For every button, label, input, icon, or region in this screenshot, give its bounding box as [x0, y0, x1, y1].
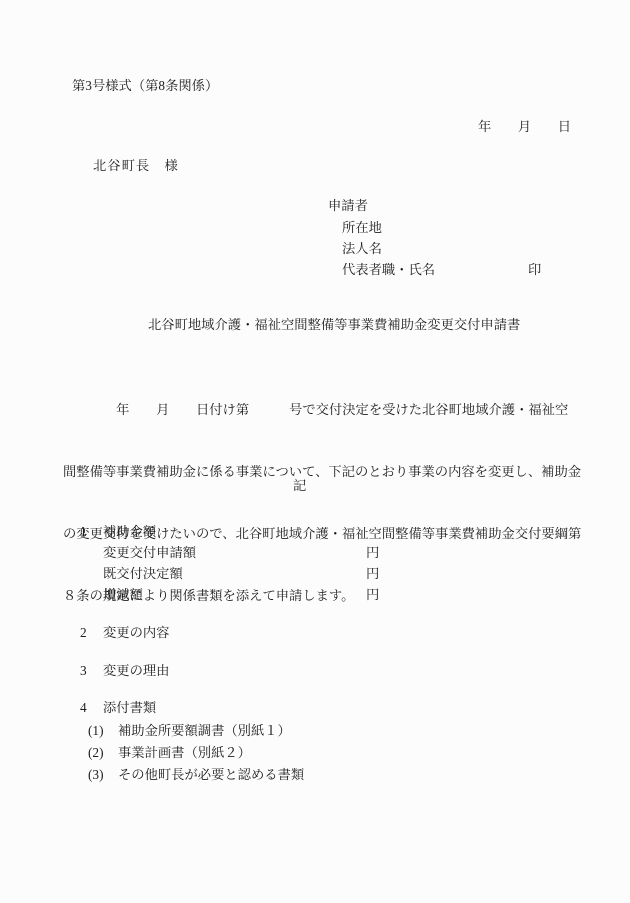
attachment-2-label: 事業計画書（別紙２）	[118, 746, 251, 761]
section-2-title: 変更の内容	[103, 626, 169, 641]
applicant-representative-label: 代表者職・氏名	[342, 263, 435, 278]
applicant-label: 申請者	[328, 199, 368, 214]
section-3-title: 変更の理由	[103, 664, 169, 679]
document-page: 第3号様式（第8条関係） 年 月 日 北谷町長 様 申請者 所在地 法人名 代表…	[0, 0, 630, 903]
attachment-3-number: (3)	[88, 768, 104, 783]
body-line: 間整備等事業費補助金に係る事業について、下記のとおり事業の内容を変更し、補助金	[63, 462, 571, 483]
section-1-title: 補助金額	[103, 525, 156, 540]
body-line: 年 月 日付け第 号で交付決定を受けた北谷町地域介護・福祉空	[63, 400, 571, 421]
seal-mark: 印	[528, 263, 541, 278]
recipient-line: 北谷町長 様	[93, 159, 179, 174]
applicant-address-label: 所在地	[342, 221, 382, 236]
section-3-number: 3	[80, 664, 87, 679]
attachment-1-number: (1)	[88, 724, 104, 739]
section-4-number: 4	[80, 701, 87, 716]
date-line: 年 月 日	[478, 120, 571, 135]
applicant-corporation-label: 法人名	[342, 242, 382, 257]
body-paragraph: 年 月 日付け第 号で交付決定を受けた北谷町地域介護・福祉空 間整備等事業費補助…	[63, 359, 571, 647]
amount-label-difference: 増減額	[103, 588, 143, 603]
attachment-2-number: (2)	[88, 746, 104, 761]
amount-unit-yen: 円	[366, 546, 379, 561]
attachment-3-label: その他町長が必要と認める書類	[118, 768, 304, 783]
amount-label-decided: 既交付決定額	[103, 567, 183, 582]
attachment-1-label: 補助金所要額調書（別紙１）	[118, 724, 291, 739]
section-2-number: 2	[80, 626, 87, 641]
amount-label-change-application: 変更交付申請額	[103, 546, 196, 561]
form-number: 第3号様式（第8条関係）	[72, 79, 218, 94]
amount-unit-yen: 円	[366, 588, 379, 603]
amount-unit-yen: 円	[366, 567, 379, 582]
section-1-number: 1	[80, 525, 87, 540]
section-4-title: 添付書類	[103, 701, 156, 716]
note-heading: 記	[293, 479, 306, 494]
document-title: 北谷町地域介護・福祉空間整備等事業費補助金変更交付申請書	[148, 318, 520, 333]
